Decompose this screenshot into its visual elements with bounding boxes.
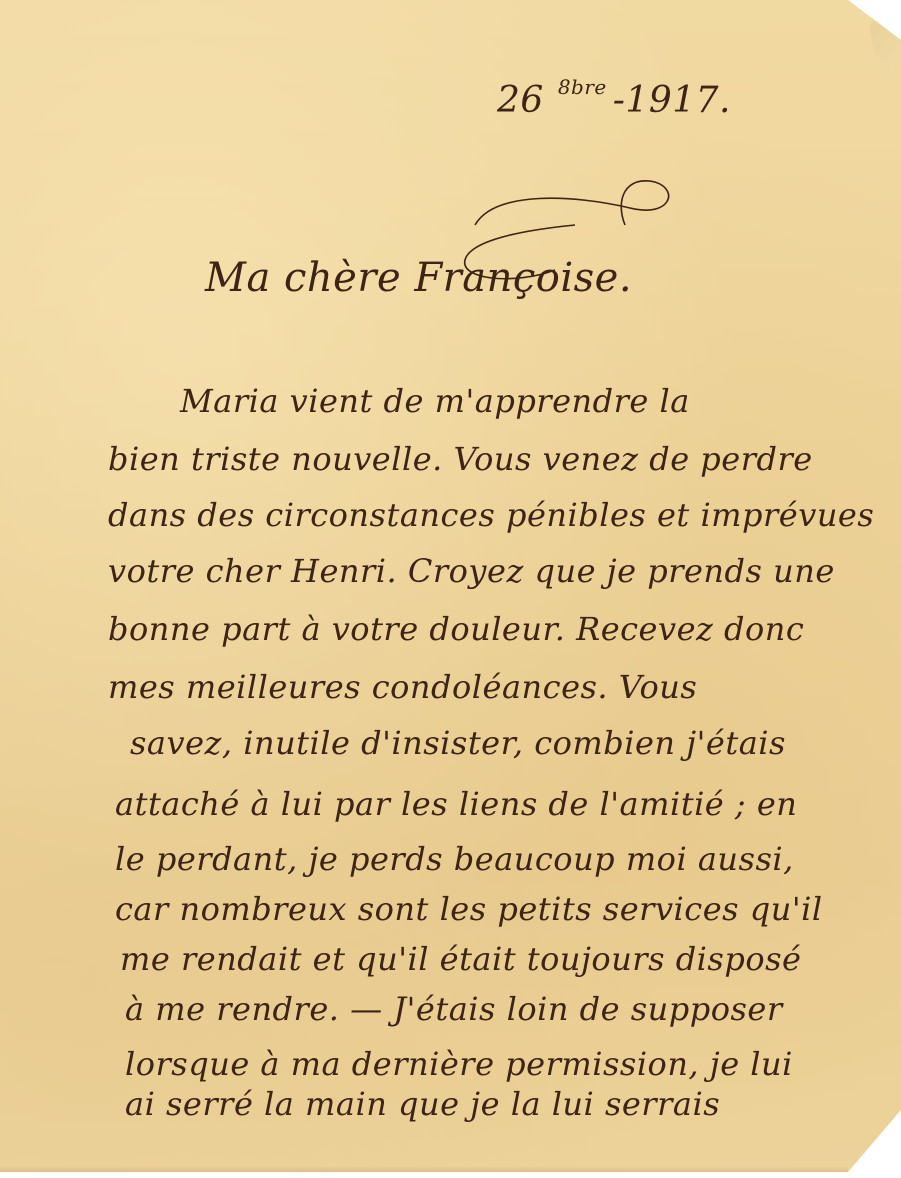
body-line: à me rendre. — J'étais loin de supposer	[125, 990, 783, 1028]
body-line: votre cher Henri. Croyez que je prends u…	[108, 552, 835, 590]
body-line: Maria vient de m'apprendre la	[180, 382, 690, 420]
body-line: car nombreux sont les petits services qu…	[115, 890, 823, 928]
date-separator: -	[613, 80, 626, 121]
torn-bottom-edge	[0, 1166, 848, 1172]
body-line: savez, inutile d'insister, combien j'éta…	[130, 724, 786, 762]
body-line: dans des circonstances pénibles et impré…	[108, 496, 874, 534]
body-line: le perdant, je perds beaucoup moi aussi,	[115, 840, 794, 878]
date-month: 8bre	[558, 75, 607, 99]
flourish-icon	[455, 170, 685, 290]
date-year: 1917.	[625, 80, 731, 121]
letter-date: 268bre-1917.	[497, 80, 731, 121]
date-day: 26	[497, 80, 544, 121]
body-line: me rendait et qu'il était toujours dispo…	[120, 940, 801, 978]
folded-corner	[841, 0, 901, 75]
body-line: lorsque à ma dernière permission, je lui	[125, 1045, 793, 1083]
body-line: bonne part à votre douleur. Recevez donc	[108, 610, 804, 648]
salutation: Ma chère Françoise.	[205, 255, 632, 301]
body-line: bien triste nouvelle. Vous venez de perd…	[108, 440, 813, 478]
body-line: ai serré la main que je la lui serrais	[125, 1085, 720, 1123]
body-line: mes meilleures condoléances. Vous	[108, 668, 697, 706]
letter-paper: 268bre-1917. Ma chère Françoise. Maria v…	[0, 0, 901, 1172]
body-line: attaché à lui par les liens de l'amitié …	[115, 785, 797, 823]
